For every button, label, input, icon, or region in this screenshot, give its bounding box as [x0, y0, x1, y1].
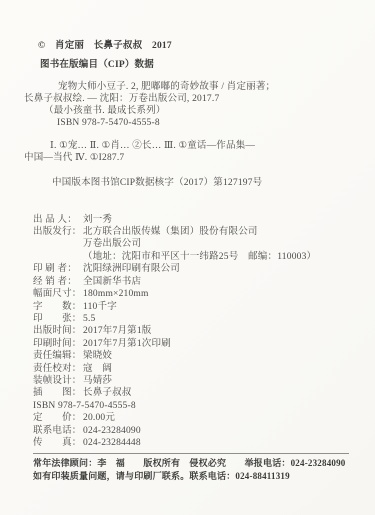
classification-line-1: Ⅰ. ①宠… Ⅱ. ①肖… ②长… Ⅲ. ①童话—作品集— — [24, 140, 363, 152]
colophon-label — [33, 251, 83, 263]
colophon-label: 责任编辑： — [33, 350, 83, 362]
colophon-value: 024-23284448 — [83, 437, 141, 449]
colophon-label: 出版发行： — [33, 226, 83, 238]
colophon-isbn-row: ISBN 978-7-5470-4555-8 — [33, 400, 363, 412]
colophon-value: 全国新华书店 — [83, 276, 141, 288]
colophon-row: 责任编辑：梁晓姣 — [33, 350, 363, 362]
colophon-value: 寇 阔 — [83, 363, 112, 375]
book-copyright-page: © 肖定丽 长鼻子叔叔 2017 图书在版编目（CIP）数据 宠物大师小豆子. … — [0, 0, 375, 515]
colophon-row: 印 张：5.5 — [33, 313, 363, 325]
colophon-label: 印 张： — [33, 313, 83, 325]
colophon-label: 经 销 者： — [33, 276, 83, 288]
colophon-label: 出版时间： — [33, 325, 83, 337]
cip-classification-block: Ⅰ. ①宠… Ⅱ. ①肖… ②长… Ⅲ. ①童话—作品集— 中国—当代 Ⅳ. ①… — [24, 140, 363, 165]
colophon-row: 出版发行：北方联合出版传媒（集团）股份有限公司 — [33, 226, 363, 238]
colophon-value: 梁晓姣 — [83, 350, 112, 362]
copyright-line: © 肖定丽 长鼻子叔叔 2017 — [38, 40, 363, 52]
colophon-row: 字 数：110千字 — [33, 301, 363, 313]
legal-line-2: 如有印装质量问题，请与印刷厂联系。联系电话：024-88411319 — [33, 470, 363, 483]
colophon-value: 北方联合出版传媒（集团）股份有限公司 — [83, 226, 258, 238]
colophon-value: 5.5 — [83, 313, 95, 325]
colophon-value: 110千字 — [83, 301, 117, 313]
colophon-value: 长鼻子叔叔 — [83, 387, 132, 399]
colophon-row: 幅面尺寸：180mm×210mm — [33, 288, 363, 300]
colophon-row: 装帧设计：马婧莎 — [33, 375, 363, 387]
cip-title-line: 宠物大师小豆子. 2, 肥嘟嘟的奇妙故事 / 肖定丽著； — [24, 81, 363, 93]
colophon-value: 沈阳绿洲印刷有限公司 — [83, 263, 180, 275]
colophon-label: 插 图： — [33, 387, 83, 399]
colophon-label: 幅面尺寸： — [33, 288, 83, 300]
colophon-row: （地址：沈阳市和平区十一纬路25号 邮编：110003） — [33, 251, 363, 263]
colophon-label: 定 价： — [33, 412, 83, 424]
colophon-value: 2017年7月第1版 — [83, 325, 152, 337]
colophon-row: 出 品 人：刘一秀 — [33, 214, 363, 226]
colophon-label: 字 数： — [33, 301, 83, 313]
colophon-value: 20.00元 — [83, 412, 115, 424]
cip-heading: 图书在版编目（CIP）数据 — [40, 59, 363, 71]
colophon-value: 马婧莎 — [83, 375, 112, 387]
colophon-row: 传 真：024-23284448 — [33, 437, 363, 449]
colophon-label: 出 品 人： — [33, 214, 83, 226]
colophon-row: 印刷时间：2017年7月第1次印刷 — [33, 338, 363, 350]
colophon-row: 经 销 者：全国新华书店 — [33, 276, 363, 288]
colophon-value: 万卷出版公司 — [83, 238, 141, 250]
colophon-label — [33, 238, 83, 250]
colophon-value: 180mm×210mm — [83, 288, 149, 300]
legal-line-1: 常年法律顾问：李 福 版权所有 侵权必究 举报电话：024-23284090 — [33, 457, 363, 470]
cip-registry-line: 中国版本图书馆CIP数据核字（2017）第127197号 — [24, 177, 363, 189]
colophon-label: 装帧设计： — [33, 375, 83, 387]
colophon-row: 插 图：长鼻子叔叔 — [33, 387, 363, 399]
colophon-value: 刘一秀 — [83, 214, 112, 226]
colophon-isbn: ISBN 978-7-5470-4555-8 — [33, 400, 136, 412]
colophon-row: 定 价：20.00元 — [33, 412, 363, 424]
classification-line-2: 中国—当代 Ⅳ. ①I287.7 — [24, 152, 363, 164]
colophon-row: 万卷出版公司 — [33, 238, 363, 250]
colophon-row: 印 刷 者：沈阳绿洲印刷有限公司 — [33, 263, 363, 275]
colophon-row: 出版时间：2017年7月第1版 — [33, 325, 363, 337]
colophon-row: 联系电话：024-23284090 — [33, 425, 363, 437]
colophon-label: 印刷时间： — [33, 338, 83, 350]
colophon-value: （地址：沈阳市和平区十一纬路25号 邮编：110003） — [83, 251, 316, 263]
colophon-value: 2017年7月第1次印刷 — [83, 338, 171, 350]
divider-rule — [33, 453, 349, 454]
colophon-label: 责任校对： — [33, 363, 83, 375]
colophon-label: 传 真： — [33, 437, 83, 449]
colophon-block: 出 品 人：刘一秀 出版发行：北方联合出版传媒（集团）股份有限公司 万卷出版公司… — [33, 214, 363, 450]
colophon-label: 印 刷 者： — [33, 263, 83, 275]
cip-publisher-line: 长鼻子叔叔绘. — 沈阳：万卷出版公司, 2017.7 — [24, 93, 363, 105]
colophon-label: 联系电话： — [33, 425, 83, 437]
cip-description-block: 宠物大师小豆子. 2, 肥嘟嘟的奇妙故事 / 肖定丽著； 长鼻子叔叔绘. — 沈… — [24, 81, 363, 130]
cip-series-line: （最小孩童书. 最成长系列） — [24, 105, 363, 117]
colophon-value: 024-23284090 — [83, 425, 141, 437]
colophon-row: 责任校对：寇 阔 — [33, 363, 363, 375]
cip-isbn-line: ISBN 978-7-5470-4555-8 — [24, 117, 363, 129]
legal-footer: 常年法律顾问：李 福 版权所有 侵权必究 举报电话：024-23284090 如… — [24, 457, 363, 482]
